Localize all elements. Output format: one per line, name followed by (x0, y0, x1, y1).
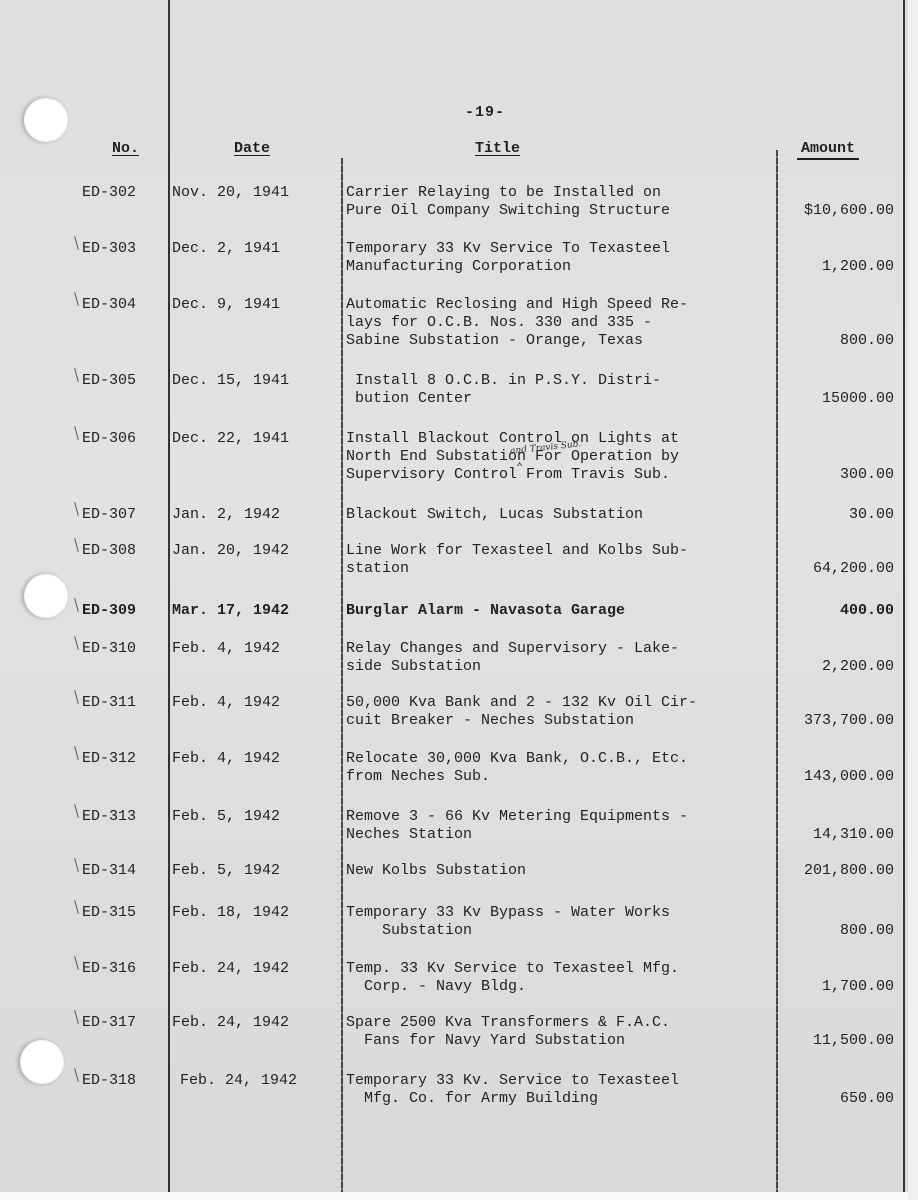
entry-title-line: Temp. 33 Kv Service to Texasteel Mfg. (346, 960, 776, 978)
header-date: Date (234, 140, 270, 157)
entry-title: Temp. 33 Kv Service to Texasteel Mfg. Co… (346, 960, 776, 996)
entry-title: Carrier Relaying to be Installed onPure … (346, 184, 776, 220)
entry-date: Dec. 9, 1941 (172, 296, 280, 314)
entry-title: Temporary 33 Kv Service To TexasteelManu… (346, 240, 776, 276)
entry-date: Nov. 20, 1941 (172, 184, 289, 202)
entry-amount: $10,600.00 (804, 202, 894, 220)
entry-date: Dec. 2, 1941 (172, 240, 280, 258)
entry-date: Feb. 24, 1942 (172, 1014, 289, 1032)
entry-amount: 64,200.00 (813, 560, 894, 578)
entry-title: Temporary 33 Kv. Service to Texasteel Mf… (346, 1072, 776, 1108)
entry-title-line: Temporary 33 Kv Bypass - Water Works (346, 904, 776, 922)
entry-title-line: Relocate 30,000 Kva Bank, O.C.B., Etc. (346, 750, 776, 768)
entry-title: Relay Changes and Supervisory - Lake-sid… (346, 640, 776, 676)
entry-title: Install 8 O.C.B. in P.S.Y. Distri- butio… (346, 372, 776, 408)
entry-number: ED-308 (82, 542, 136, 560)
entry-number: ED-305 (82, 372, 136, 390)
entry-date: Dec. 15, 1941 (172, 372, 289, 390)
entry-title-line: Fans for Navy Yard Substation (346, 1032, 776, 1050)
entry-amount: 400.00 (840, 602, 894, 620)
entry-amount: 14,310.00 (813, 826, 894, 844)
insertion-caret-icon: ⌃ (516, 460, 523, 475)
entry-number: ED-318 (82, 1072, 136, 1090)
entry-title-line: Install 8 O.C.B. in P.S.Y. Distri- (346, 372, 776, 390)
entry-title: Temporary 33 Kv Bypass - Water Works Sub… (346, 904, 776, 940)
punch-hole-top (24, 98, 68, 142)
entry-amount: 1,700.00 (822, 978, 894, 996)
entry-title-line: Blackout Switch, Lucas Substation (346, 506, 776, 524)
header-no: No. (112, 140, 139, 157)
entry-title-line: Temporary 33 Kv Service To Texasteel (346, 240, 776, 258)
entry-date: Jan. 2, 1942 (172, 506, 280, 524)
entry-title-line: Supervisory Control From Travis Sub. (346, 466, 776, 484)
entry-title-line: side Substation (346, 658, 776, 676)
punch-hole-middle (24, 574, 68, 618)
entry-number: ED-316 (82, 960, 136, 978)
entry-title-line: Automatic Reclosing and High Speed Re- (346, 296, 776, 314)
entry-amount: 30.00 (849, 506, 894, 524)
entry-title-line: Corp. - Navy Bldg. (346, 978, 776, 996)
entry-title-line: Neches Station (346, 826, 776, 844)
entry-date: Feb. 4, 1942 (172, 694, 280, 712)
entry-amount: 1,200.00 (822, 258, 894, 276)
entry-title-line: Carrier Relaying to be Installed on (346, 184, 776, 202)
entry-title-line: from Neches Sub. (346, 768, 776, 786)
entry-date: Feb. 18, 1942 (172, 904, 289, 922)
entry-amount: 300.00 (840, 466, 894, 484)
entry-date: Mar. 17, 1942 (172, 602, 289, 620)
entry-number: ED-307 (82, 506, 136, 524)
entry-title-line: cuit Breaker - Neches Substation (346, 712, 776, 730)
entry-title-line: Substation (346, 922, 776, 940)
entry-title: Automatic Reclosing and High Speed Re-la… (346, 296, 776, 350)
entry-number: ED-317 (82, 1014, 136, 1032)
right-margin-line (903, 0, 905, 1192)
entry-number: ED-311 (82, 694, 136, 712)
entry-number: ED-303 (82, 240, 136, 258)
page-edge (908, 0, 918, 1200)
page-number: -19- (465, 104, 505, 121)
entry-title-line: Temporary 33 Kv. Service to Texasteel (346, 1072, 776, 1090)
entry-title: Spare 2500 Kva Transformers & F.A.C. Fan… (346, 1014, 776, 1050)
entry-title-line: 50,000 Kva Bank and 2 - 132 Kv Oil Cir- (346, 694, 776, 712)
entry-date: Feb. 5, 1942 (172, 808, 280, 826)
entry-title-line: Sabine Substation - Orange, Texas (346, 332, 776, 350)
entry-date: Feb. 24, 1942 (180, 1072, 297, 1090)
entry-amount: 650.00 (840, 1090, 894, 1108)
entry-title-line: lays for O.C.B. Nos. 330 and 335 - (346, 314, 776, 332)
column-divider-no-date (168, 0, 170, 1192)
entry-number: ED-306 (82, 430, 136, 448)
entry-number: ED-302 (82, 184, 136, 202)
entry-amount: 143,000.00 (804, 768, 894, 786)
entry-title: Blackout Switch, Lucas Substation (346, 506, 776, 524)
entry-title-line: Burglar Alarm - Navasota Garage (346, 602, 776, 620)
entry-title-line: Manufacturing Corporation (346, 258, 776, 276)
entry-date: Feb. 24, 1942 (172, 960, 289, 978)
entry-number: ED-309 (82, 602, 136, 620)
entry-date: Dec. 22, 1941 (172, 430, 289, 448)
entry-date: Feb. 4, 1942 (172, 640, 280, 658)
entry-amount: 800.00 (840, 922, 894, 940)
entry-date: Feb. 5, 1942 (172, 862, 280, 880)
column-divider-title-amount (776, 150, 778, 1192)
entry-title-line: New Kolbs Substation (346, 862, 776, 880)
entry-amount: 201,800.00 (804, 862, 894, 880)
entry-date: Jan. 20, 1942 (172, 542, 289, 560)
entry-number: ED-313 (82, 808, 136, 826)
entry-title: New Kolbs Substation (346, 862, 776, 880)
entry-title: Relocate 30,000 Kva Bank, O.C.B., Etc.fr… (346, 750, 776, 786)
entry-number: ED-304 (82, 296, 136, 314)
entry-title: Burglar Alarm - Navasota Garage (346, 602, 776, 620)
page-edge (0, 1192, 918, 1200)
entry-title: Line Work for Texasteel and Kolbs Sub-st… (346, 542, 776, 578)
header-title: Title (475, 140, 520, 157)
entry-title-line: Mfg. Co. for Army Building (346, 1090, 776, 1108)
entry-number: ED-310 (82, 640, 136, 658)
column-divider-date-title (341, 158, 343, 1192)
entry-amount: 373,700.00 (804, 712, 894, 730)
entry-amount: 800.00 (840, 332, 894, 350)
entry-amount: 11,500.00 (813, 1032, 894, 1050)
entry-title-line: station (346, 560, 776, 578)
entry-number: ED-314 (82, 862, 136, 880)
entry-title-line: Line Work for Texasteel and Kolbs Sub- (346, 542, 776, 560)
header-amount: Amount (797, 140, 859, 160)
entry-date: Feb. 4, 1942 (172, 750, 280, 768)
entry-title-line: Relay Changes and Supervisory - Lake- (346, 640, 776, 658)
entry-number: ED-312 (82, 750, 136, 768)
entry-number: ED-315 (82, 904, 136, 922)
entry-title: Install Blackout Control on Lights atNor… (346, 430, 776, 484)
entry-title-line: Remove 3 - 66 Kv Metering Equipments - (346, 808, 776, 826)
entry-title-line: bution Center (346, 390, 776, 408)
entry-title: 50,000 Kva Bank and 2 - 132 Kv Oil Cir-c… (346, 694, 776, 730)
entry-amount: 2,200.00 (822, 658, 894, 676)
entry-amount: 15000.00 (822, 390, 894, 408)
punch-hole-bottom (20, 1040, 64, 1084)
entry-title-line: Pure Oil Company Switching Structure (346, 202, 776, 220)
entry-title-line: Spare 2500 Kva Transformers & F.A.C. (346, 1014, 776, 1032)
entry-title: Remove 3 - 66 Kv Metering Equipments -Ne… (346, 808, 776, 844)
